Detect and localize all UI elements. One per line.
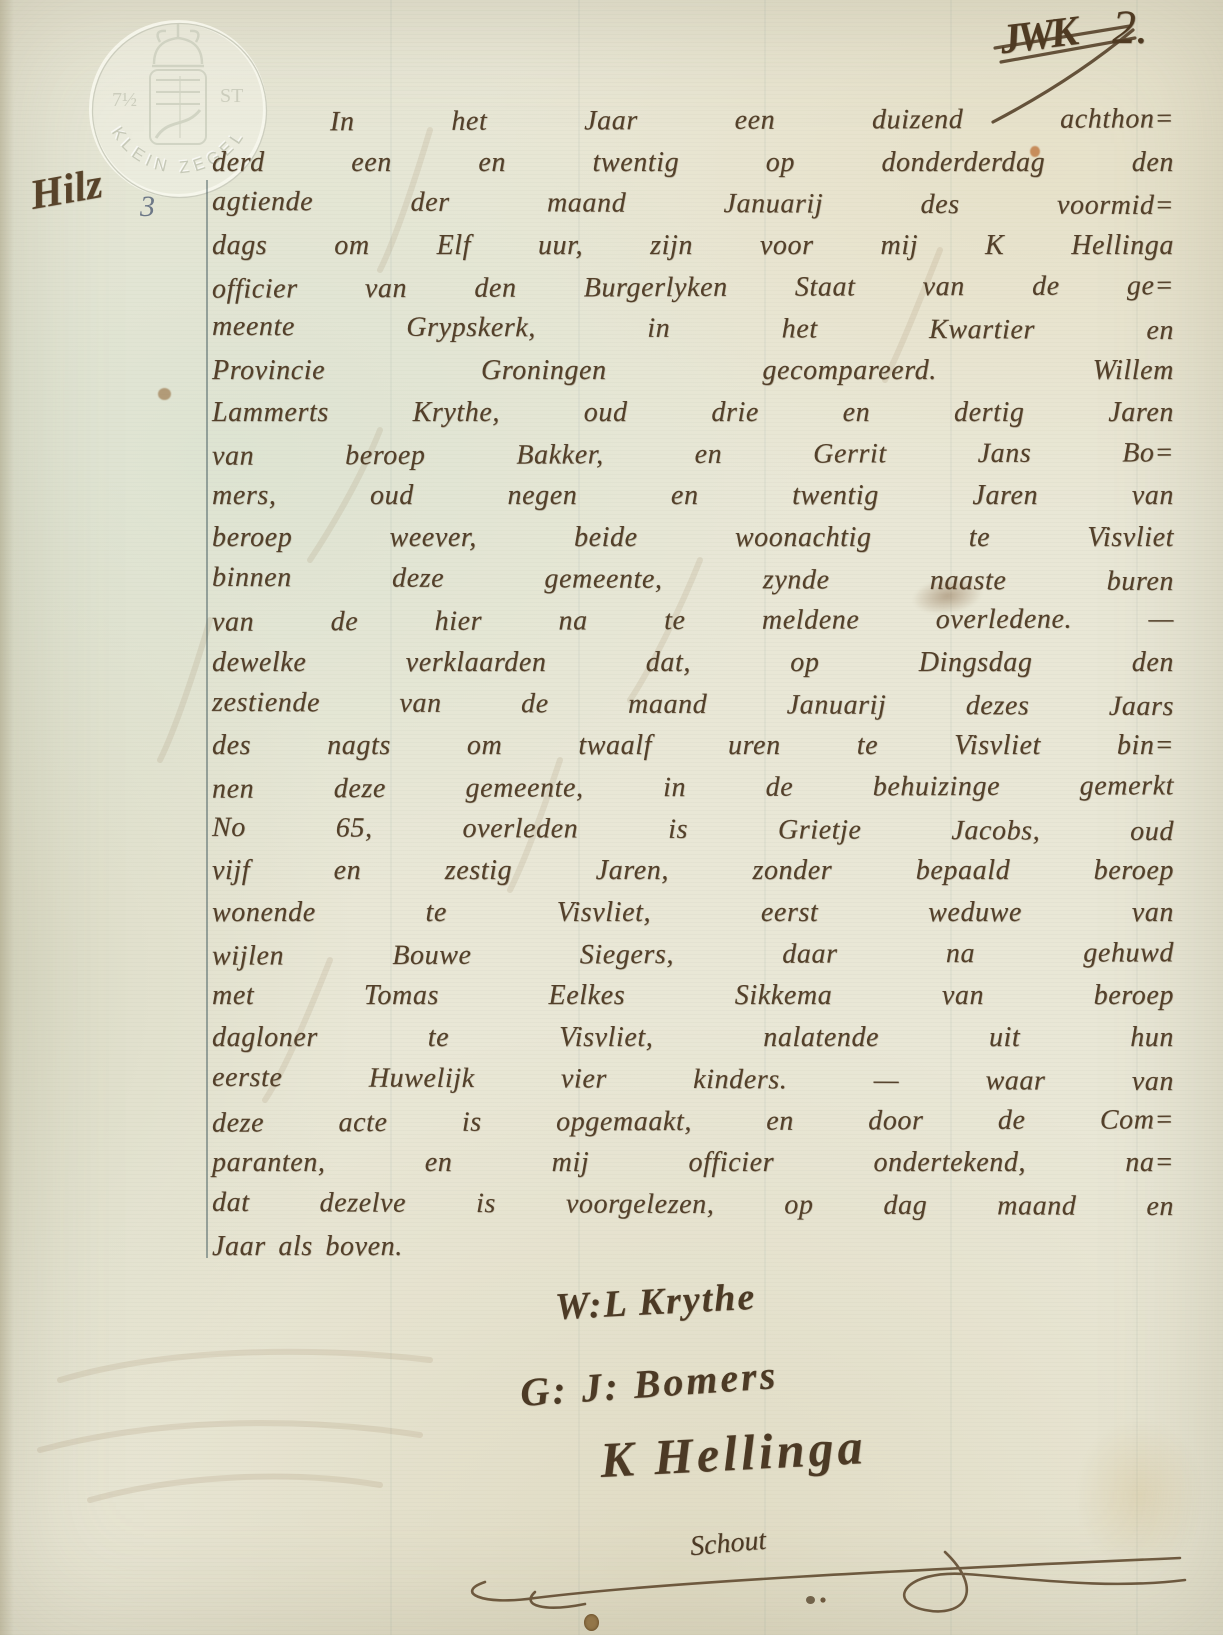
stain-dot [584,1614,599,1631]
document-line: zestiende van de maand Januarij dezes Ja… [212,682,1174,728]
act-text-block: In het Jaar een duizend achthon= derd ee… [212,100,1174,1267]
document-line: derd een en twentig op donderderdag den [212,142,1174,184]
margin-paraph: Hilz [26,160,106,220]
aging-stain [1060,1400,1220,1590]
document-line: binnen deze gemeente, zynde naaste buren [212,556,1174,602]
document-line: van de hier na te meldene overledene. — [212,599,1174,644]
document-line: vijf en zestig Jaren, zonder bepaald ber… [212,850,1174,892]
document-line: No 65, overleden is Grietje Jacobs, oud [212,807,1174,853]
document-line: In het Jaar een duizend achthon= [212,98,1174,143]
document-line: van beroep Bakker, en Gerrit Jans Bo= [212,432,1174,477]
stain-dot [158,388,171,400]
document-line: dagloner te Visvliet, nalatende uit hun [212,1017,1174,1059]
signature-witness-krythe: W:L Krythe [554,1275,757,1329]
seal-left-value: 7½ [112,89,137,111]
document-line: wonende te Visvliet, eerst weduwe van [212,892,1174,934]
document-line: dat dezelve is voorgelezen, op dag maand… [212,1182,1174,1228]
page-edge-shading [0,0,14,1635]
page-number: 2. [1112,0,1148,55]
document-line: nen deze gemeente, in de behuizinge geme… [212,765,1174,810]
document-line: dewelke verklaarden dat, op Dingsdag den [212,642,1174,684]
document-line: eerste Huwelijk vier kinders. — waar van [212,1057,1174,1103]
margin-rule [206,180,208,1258]
document-page: 7½ ST KLEIN ZEGEL KLEIN ZEGEL JWK 2. Hil… [0,0,1223,1635]
document-line: paranten, en mij officier ondertekend, n… [212,1142,1174,1184]
document-line: Provincie Groningen gecompareerd. Willem [212,350,1174,392]
margin-number: 3 [140,190,155,224]
cancelled-notation: JWK [997,8,1077,65]
document-line: Jaar als boven. [212,1226,1174,1268]
stain-dot [806,1596,815,1604]
document-line: meente Grypskerk, in het Kwartier en [212,306,1174,352]
signature-officer-title: Schout [689,1525,768,1564]
signature-witness-bomers: G: J: Bomers [519,1351,780,1416]
document-line: met Tomas Eelkes Sikkema van beroep [212,975,1174,1017]
signature-officer-hellinga: K Hellinga [599,1417,868,1489]
document-line: wijlen Bouwe Siegers, daar na gehuwd [212,932,1174,977]
signature-flourish [425,1540,1215,1630]
document-line: dags om Elf uur, zijn voor mij K Helling… [212,225,1174,267]
document-line: mers, oud negen en twentig Jaren van [212,475,1174,517]
document-line: agtiende der maand Januarij des voormid= [212,181,1174,227]
document-line: deze acte is opgemaakt, en door de Com= [212,1099,1174,1144]
document-line: Lammerts Krythe, oud drie en dertig Jare… [212,392,1174,434]
document-line: officier van den Burgerlyken Staat van d… [212,265,1174,310]
document-line: des nagts om twaalf uren te Visvliet bin… [212,725,1174,767]
document-line: beroep weever, beide woonachtig te Visvl… [212,517,1174,559]
